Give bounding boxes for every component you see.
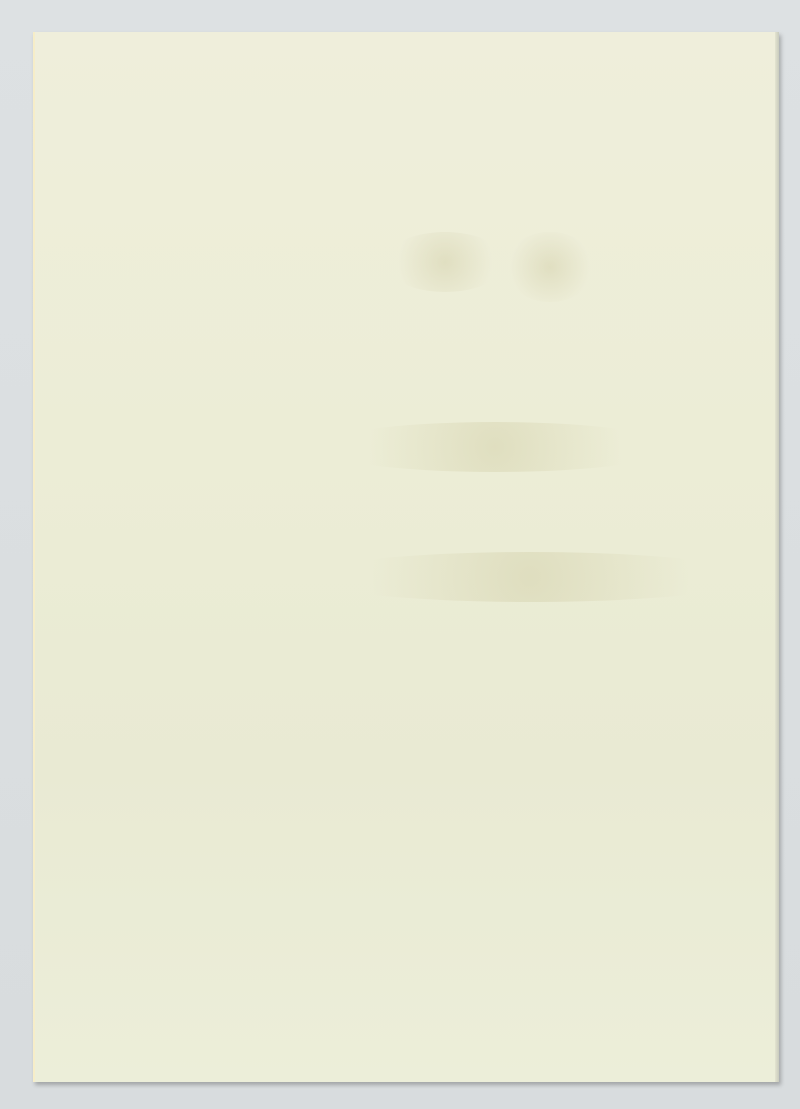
paper-sheet: [33, 32, 779, 1082]
show-through-mark: [385, 232, 505, 292]
paper-edge: [775, 32, 779, 1082]
show-through-mark: [305, 552, 755, 602]
show-through-mark: [505, 232, 595, 302]
show-through-mark: [315, 422, 675, 472]
